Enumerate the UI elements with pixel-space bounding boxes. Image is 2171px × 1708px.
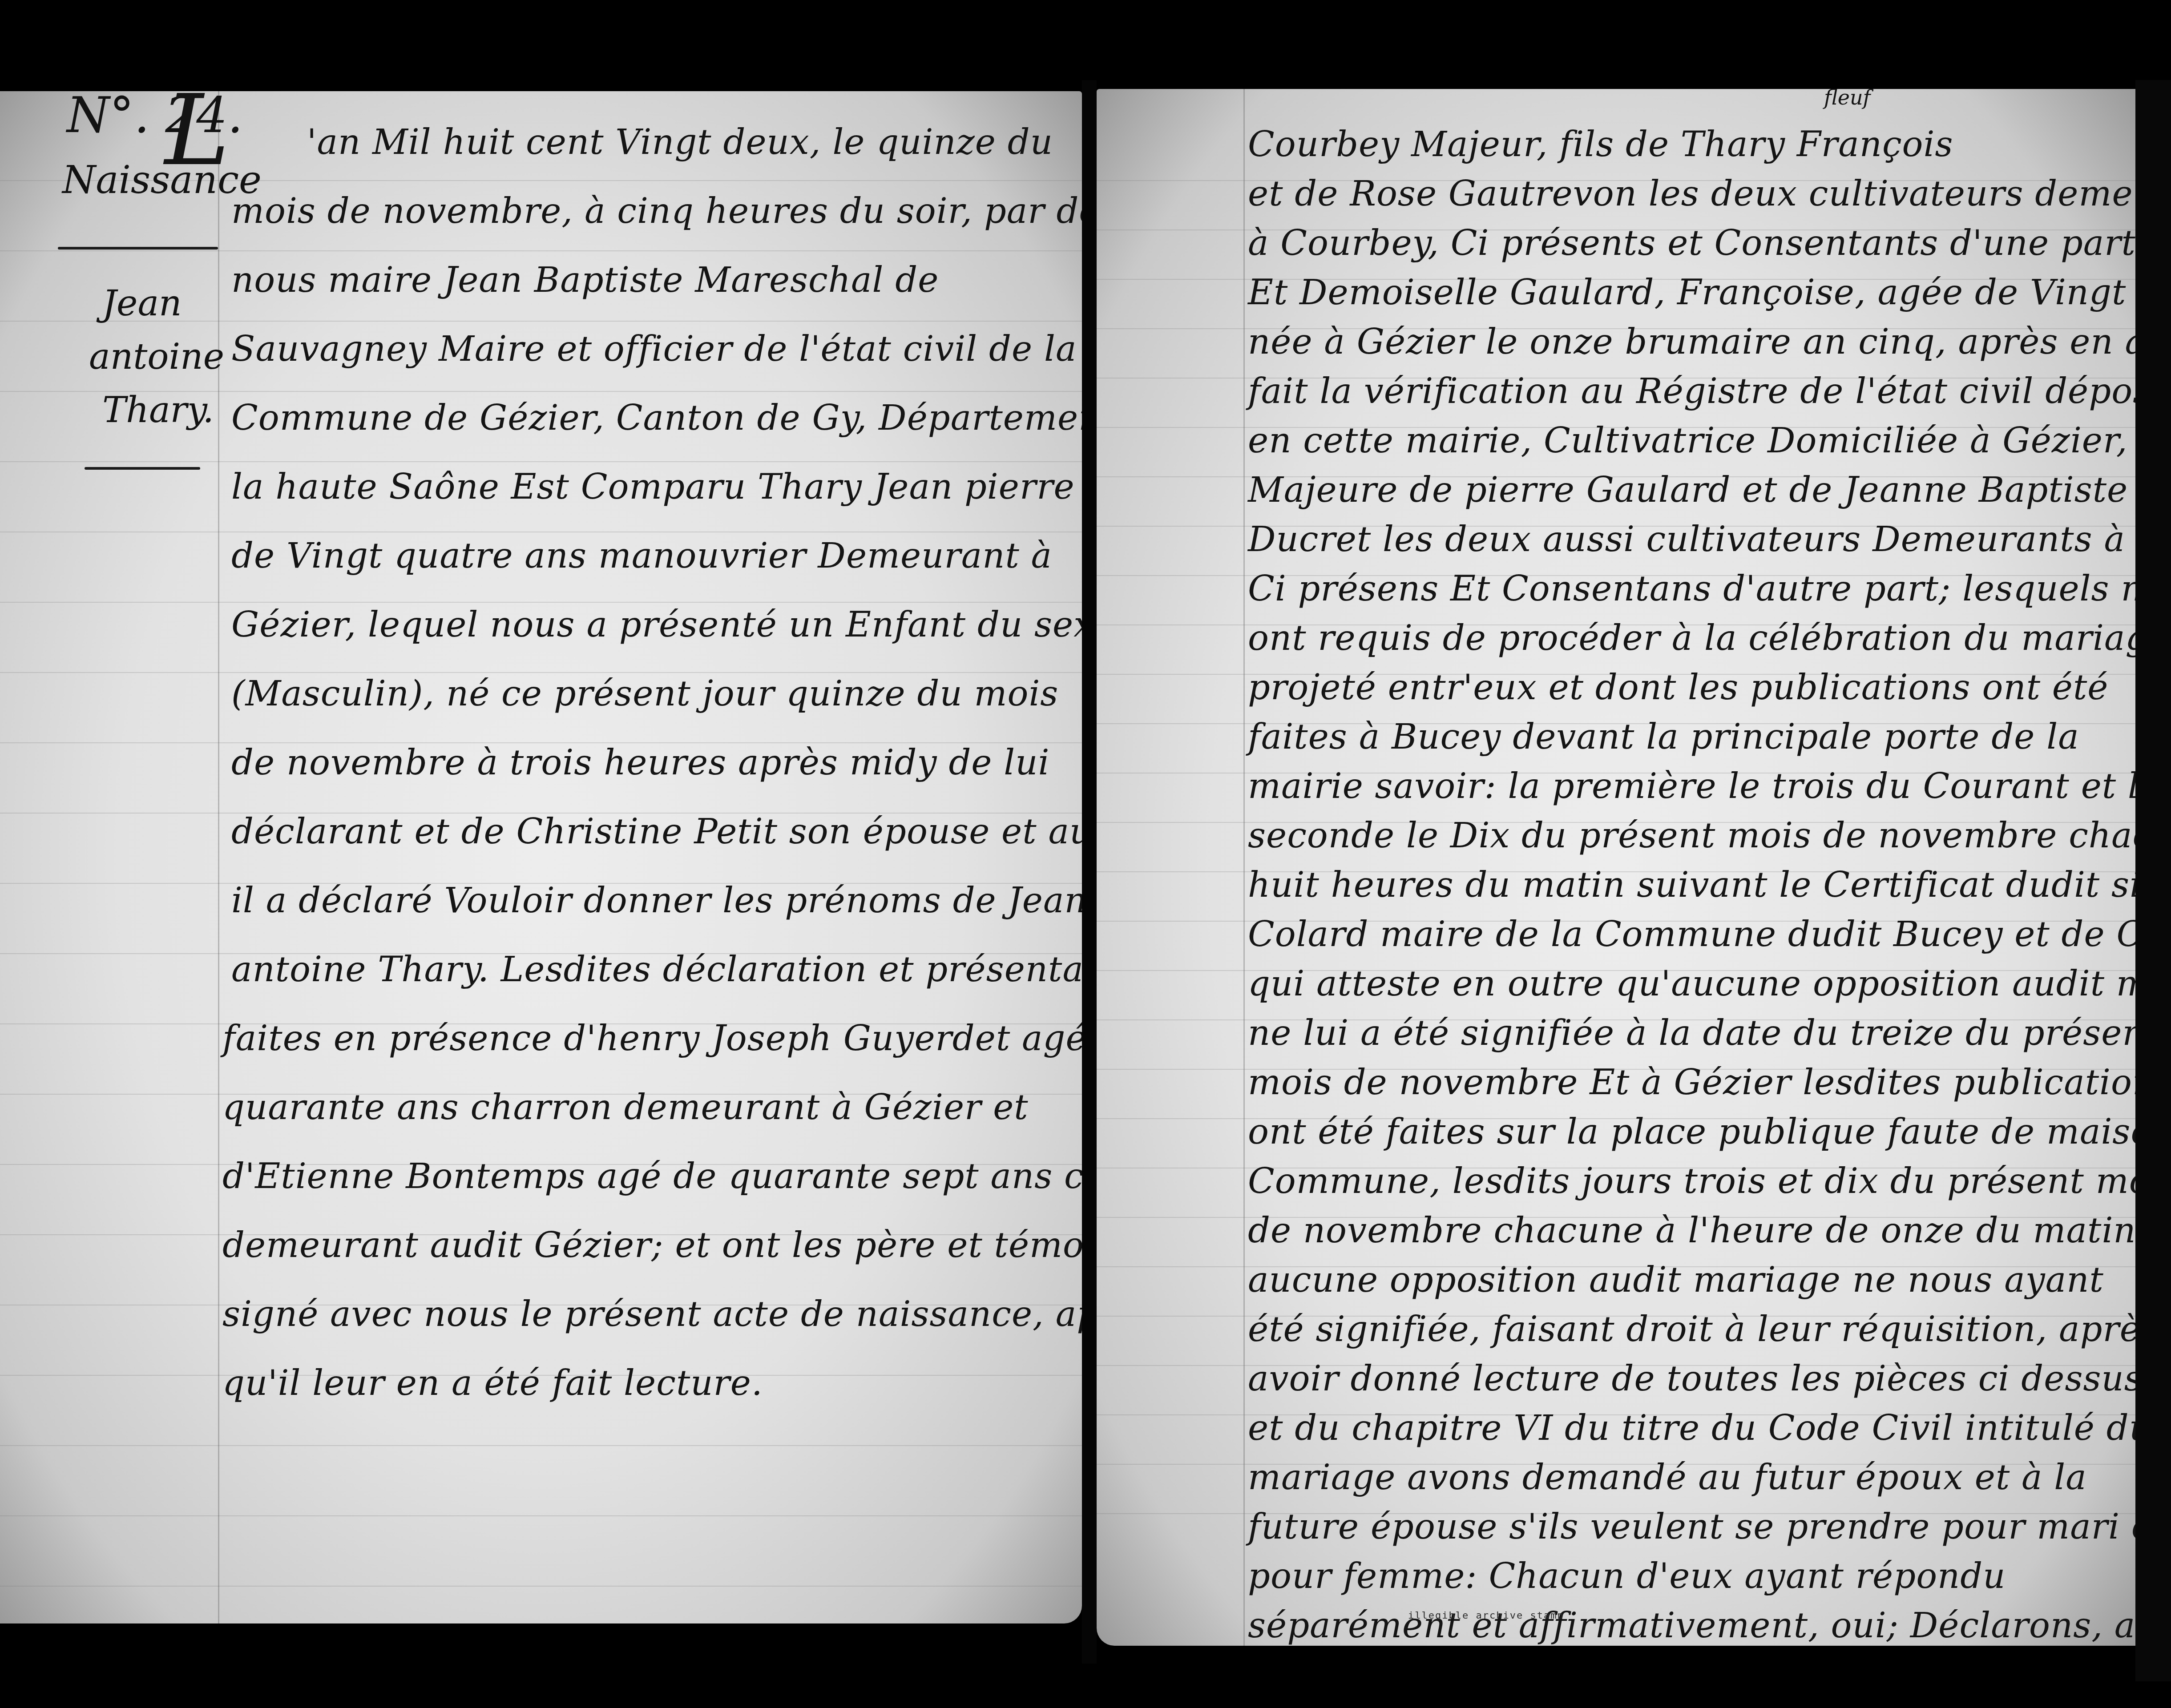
ruled-line [0,602,1082,603]
text-line: antoine Thary. Lesdites déclaration et p… [231,950,1082,990]
text-line: projeté entr'eux et dont les publication… [1248,668,2108,708]
text-line: Colard maire de la Commune dudit Bucey e… [1248,914,2135,955]
text-line: fait la vérification au Régistre de l'ét… [1248,371,2135,411]
text-line: Ci présens Et Consentans d'autre part; l… [1248,569,2135,609]
right-page: fleuf Courbey Majeur, fils de Thary Fran… [1097,89,2135,1646]
ruled-line [0,1515,1082,1516]
superscript-note: fleuf [1824,89,1871,109]
text-line: déclarant et de Christine Petit son épou… [231,812,1082,852]
ruled-line [0,1586,1082,1587]
separator [85,467,200,470]
text-line: avoir donné lecture de toutes les pièces… [1248,1359,2135,1399]
text-line: mois de novembre Et à Gézier lesdites pu… [1248,1063,2135,1103]
text-line: Ducret les deux aussi cultivateurs Demeu… [1248,520,2135,560]
text-line: et de Rose Gautrevon les deux cultivateu… [1248,174,2135,214]
text-line: d'Etienne Bontemps agé de quarante sept … [222,1156,1082,1196]
ruled-line [0,672,1082,673]
text-line: future épouse s'ils veulent se prendre p… [1248,1507,2135,1547]
text-line: ont requis de procéder à la célébration … [1248,618,2135,658]
left-page: N°. 24. Naissance Jean antoine Thary. L … [0,91,1082,1623]
text-line: été signifiée, faisant droit à leur réqu… [1248,1309,2135,1349]
text-line: qui atteste en outre qu'aucune oppositio… [1248,964,2135,1004]
text-line: signé avec nous le présent acte de naiss… [222,1294,1082,1334]
text-line: faites à Bucey devant la principale port… [1248,717,2079,757]
text-line: ont été faites sur la place publique fau… [1248,1112,2135,1152]
ruled-line [0,461,1082,462]
text-line: ne lui a été signifiée à la date du trei… [1248,1013,2135,1053]
text-line: Et Demoiselle Gaulard, Françoise, agée d… [1248,273,2135,313]
text-line: la haute Saône Est Comparu Thary Jean pi… [231,467,1082,507]
margin-rule [1243,89,1245,1646]
text-line: seconde le Dix du présent mois de novemb… [1248,816,2135,856]
text-line: pour femme: Chacun d'eux ayant répondu [1248,1556,2006,1596]
text-line: née à Gézier le onze brumaire an cinq, a… [1248,322,2135,362]
text-line: Commune, lesdits jours trois et dix du p… [1248,1161,2135,1201]
separator [58,247,218,250]
text-line: Sauvagney Maire et officier de l'état ci… [231,329,1077,369]
microfilm-scan: N°. 24. Naissance Jean antoine Thary. L … [0,0,2171,1708]
text-line: (Masculin), né ce présent jour quinze du… [231,674,1058,714]
text-line: de Vingt quatre ans manouvrier Demeurant… [231,536,1052,576]
ruled-line [0,250,1082,251]
text-line: à Courbey, Ci présents et Consentants d'… [1248,223,2135,263]
text-line: Gézier, lequel nous a présenté un Enfant… [231,605,1082,645]
text-line: mois de novembre, à cinq heures du soir,… [231,191,1082,231]
archive-stamp: illegible archive stamp [1408,1610,1564,1621]
margin-name-line: antoine [89,336,224,377]
drop-cap: L [165,91,230,187]
text-line: demeurant audit Gézier; et ont les père … [222,1225,1082,1265]
text-line: huit heures du matin suivant le Certific… [1248,865,2135,905]
text-line: qu'il leur en a été fait lecture. [222,1363,763,1403]
text-line: mariage avons demandé au futur époux et … [1248,1458,2087,1498]
text-line: de novembre à trois heures après midy de… [231,743,1049,783]
ruled-line [0,532,1082,532]
text-line: de novembre chacune à l'heure de onze du… [1248,1211,2135,1251]
ruled-line [0,1445,1082,1446]
text-line: mairie savoir: la première le trois du C… [1248,766,2135,806]
text-line: 'an Mil huit cent Vingt deux, le quinze … [307,122,1053,162]
margin-rule [218,91,219,1623]
text-line: en cette mairie, Cultivatrice Domiciliée… [1248,421,2135,461]
text-line: Courbey Majeur, fils de Thary François [1248,125,1953,165]
margin-name-line: Jean [102,282,182,324]
text-line: il a déclaré Vouloir donner les prénoms … [231,881,1082,921]
text-line: faites en présence d'henry Joseph Guyerd… [222,1019,1082,1059]
text-line: quarante ans charron demeurant à Gézier … [222,1088,1029,1128]
text-line: et du chapitre VI du titre du Code Civil… [1248,1408,2135,1448]
text-line: Commune de Gézier, Canton de Gy, Départe… [231,398,1082,438]
text-line: Majeure de pierre Gaulard et de Jeanne B… [1248,470,2128,510]
margin-name-line: Thary. [102,389,214,431]
text-line: nous maire Jean Baptiste Mareschal de [231,260,939,300]
text-line: séparément et affirmativement, oui; Décl… [1248,1606,2135,1646]
text-line: aucune opposition audit mariage ne nous … [1248,1260,2104,1300]
book-gutter [1082,80,1097,1664]
right-binding-edge [2135,80,2171,1681]
